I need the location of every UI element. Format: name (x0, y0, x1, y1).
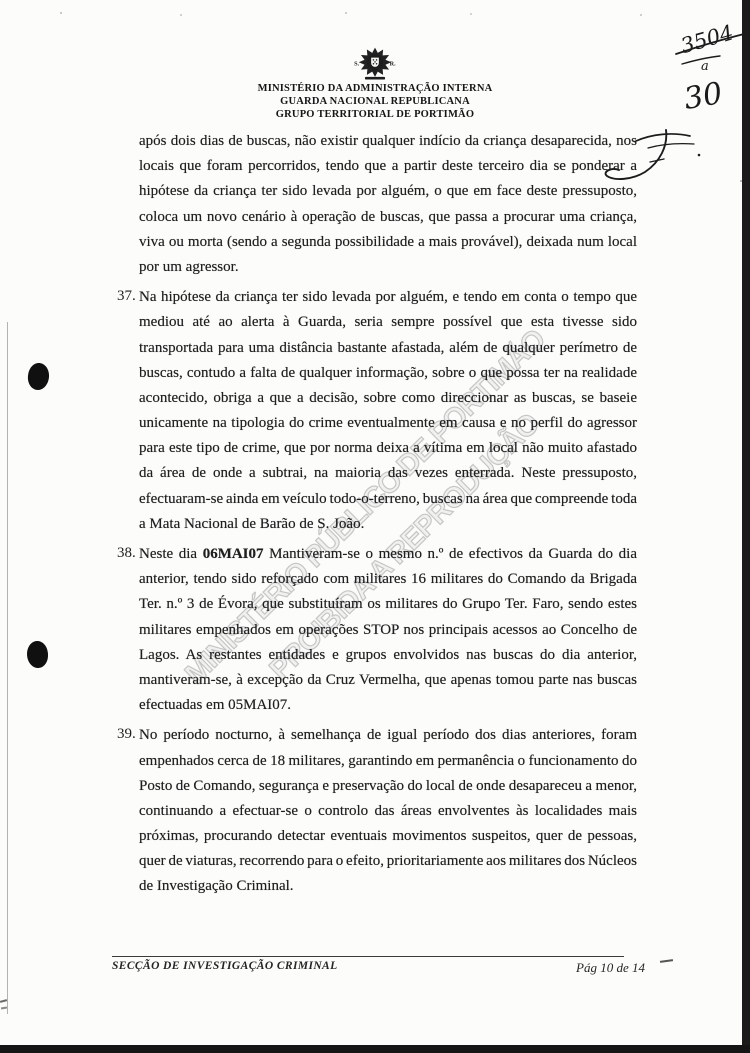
text-line: Lagos. As restantes entidades e grupos e… (139, 643, 637, 668)
header-group: GRUPO TERRITORIAL DE PORTIMÃO (245, 108, 505, 121)
hole-punch-mark (26, 362, 51, 392)
text-line: mantiveram-se, à excepção da Cruz Vermel… (139, 668, 637, 693)
text-line: acontecido, obriga a que a decisão, sobr… (139, 386, 637, 411)
text-line: mediou até ao alerta à Guarda, seria sem… (139, 310, 637, 335)
text-line: para este tipo de crime, que por norma d… (139, 436, 637, 461)
handwritten-number-3504: 3504 (678, 20, 736, 58)
text-line: efectuaram-se ainda em veículo todo-o-te… (139, 487, 637, 512)
text-line: militares empenhados em operações STOP n… (139, 618, 637, 643)
gnr-crest-icon: S. R. (347, 46, 403, 80)
paragraph-number: 39. (117, 722, 136, 747)
text-line: Ter. n.º 3 de Évora, que substituíram os… (139, 592, 637, 617)
header-ministry: MINISTÉRIO DA ADMINISTRAÇÃO INTERNA (245, 82, 505, 95)
footer-stray-dash (660, 959, 673, 963)
text-line: transportada para uma distância bastante… (139, 336, 637, 361)
text-line: quer de viaturas, recorrendo para o efei… (139, 849, 637, 874)
text-line: hipótese da criança ter sido levada por … (139, 179, 637, 204)
footer-section-title: SECÇÃO DE INVESTIGAÇÃO CRIMINAL (112, 960, 338, 976)
text-line: efectuadas em 05MAI07. (139, 693, 291, 718)
handwritten-letter-a: a (701, 59, 709, 74)
body-paragraph: 37.Na hipótese da criança ter sido levad… (117, 284, 639, 536)
scan-border-bottom (0, 1045, 750, 1053)
crest-right-letter: R. (390, 60, 396, 67)
scan-border-right (742, 0, 750, 1053)
text-line: da área de onde a subtrai, na maioria da… (139, 461, 637, 486)
text-line: de Investigação Criminal. (139, 874, 294, 899)
footer-rule (112, 956, 624, 957)
text-line: continuando a efectuar-se o controlo das… (139, 799, 637, 824)
scan-edge-line (7, 322, 8, 1014)
document-body: após dois dias de buscas, não existir qu… (117, 128, 639, 904)
text-line: por um agressor. (139, 255, 239, 280)
handwritten-number-30: 30 (681, 76, 725, 117)
text-line: próximas, procurando detectar eventuais … (139, 824, 637, 849)
text-line: unicamente na tipologia do crime eventua… (139, 411, 637, 436)
text-line: No período nocturno, à semelhança de igu… (139, 723, 637, 748)
text-line: buscas, contudo a falta de qualquer info… (139, 361, 637, 386)
text-line: Na hipótese da criança ter sido levada p… (139, 285, 637, 310)
text-line: coloca um novo cenário à operação de bus… (139, 205, 637, 230)
page-footer: SECÇÃO DE INVESTIGAÇÃO CRIMINAL Pág 10 d… (112, 956, 663, 976)
hole-punch-mark (26, 640, 50, 669)
text-line: Neste dia 06MAI07 Mantiveram-se o mesmo … (139, 542, 637, 567)
crest-left-letter: S. (354, 60, 359, 67)
text-line: locais que foram percorridos, tendo que … (139, 154, 637, 179)
letterhead: S. R. MINISTÉRIO DA ADMINISTRAÇÃO INTERN… (245, 46, 505, 121)
header-force: GUARDA NACIONAL REPUBLICANA (245, 95, 505, 108)
body-paragraph: 39.No período nocturno, à semelhança de … (117, 722, 639, 898)
text-line: Posto de Comando, segurança e preservaçã… (139, 774, 637, 799)
text-line: a Mata Nacional de Barão de S. João. (139, 512, 364, 537)
handwritten-page-reference: 3504 a 30 (668, 8, 750, 118)
scan-noise-speckles (0, 0, 2, 2)
text-line: após dois dias de buscas, não existir qu… (139, 129, 637, 154)
paragraph-number: 37. (117, 284, 136, 309)
paragraph-number: 38. (117, 541, 136, 566)
text-line: empenhados cerca de 18 militares, garant… (139, 749, 637, 774)
footer-page-number: Pág 10 de 14 (576, 960, 645, 976)
scanned-document-page: { "header": { "ministry": "MINISTÉRIO DA… (0, 0, 750, 1053)
text-line: viva ou morta (sendo a segunda possibili… (139, 230, 637, 255)
text-line: anterior, tendo sido reforçado com milit… (139, 567, 637, 592)
body-paragraph: 38.Neste dia 06MAI07 Mantiveram-se o mes… (117, 541, 639, 717)
body-paragraph: após dois dias de buscas, não existir qu… (117, 128, 639, 279)
